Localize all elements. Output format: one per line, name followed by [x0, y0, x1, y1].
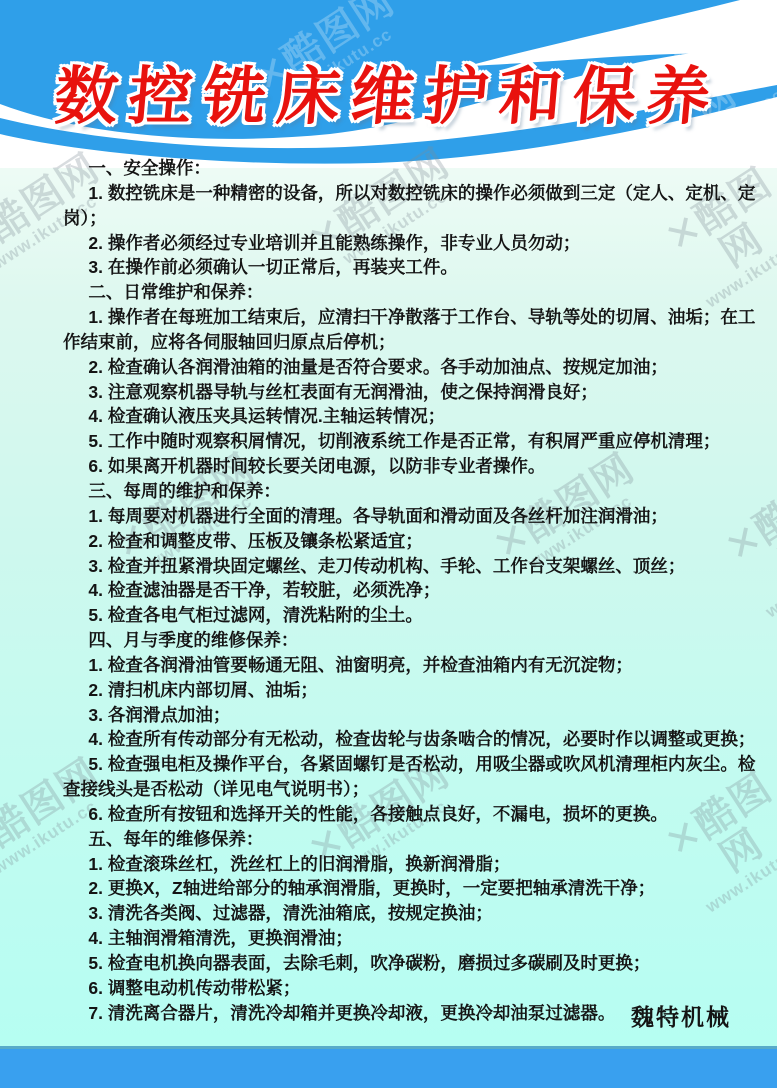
section-5-item-3: 3. 清洗各类阀、过滤器，清洗油箱底，按规定换油；	[63, 901, 757, 926]
section-1-item-1: 1. 数控铣床是一种精密的设备，所以对数控铣床的操作必须做到三定（定人、定机、定…	[63, 181, 757, 231]
section-3-item-4: 4. 检查滤油器是否干净，若较脏，必须洗净；	[63, 578, 757, 603]
section-1-heading: 一、安全操作：	[63, 156, 757, 181]
section-2-heading: 二、日常维护和保养：	[63, 280, 757, 305]
section-2-item-2: 2. 检查确认各润滑油箱的油量是否符合要求。各手动加油点、按规定加油；	[63, 355, 757, 380]
section-3-item-5: 5. 检查各电气柜过滤网，清洗粘附的尘土。	[63, 603, 757, 628]
section-4-item-6: 6. 检查所有按钮和选择开关的性能，各接触点良好，不漏电，损坏的更换。	[63, 802, 757, 827]
maintenance-poster: ✕酷图网 www.ikutu.cc ✕酷图网 www.ikutu.cc ✕酷图网…	[0, 0, 777, 1088]
watermark-url: www.ikutu.cc	[763, 541, 777, 621]
section-2-item-1: 1. 操作者在每班加工结束后，应清扫干净散落于工作台、导轨等处的切屑、油垢；在工…	[63, 305, 757, 355]
section-2-item-5: 5. 工作中随时观察积屑情况，切削液系统工作是否正常，有积屑严重应停机清理；	[63, 429, 757, 454]
bottom-bar	[0, 1046, 777, 1088]
section-3-item-3: 3. 检查并扭紧滑块固定螺丝、走刀传动机构、手轮、工作台支架螺丝、顶丝；	[63, 554, 757, 579]
section-4-item-1: 1. 检查各润滑油管要畅通无阻、油窗明亮，并检查油箱内有无沉淀物；	[63, 653, 757, 678]
section-4-heading: 四、月与季度的维修保养：	[63, 628, 757, 653]
section-4-item-4: 4. 检查所有传动部分有无松动，检查齿轮与齿条啮合的情况，必要时作以调整或更换；	[63, 727, 757, 752]
section-3-item-1: 1. 每周要对机器进行全面的清理。各导轨面和滑动面及各丝杆加注润滑油；	[63, 504, 757, 529]
section-5-item-2: 2. 更换X，Z轴进给部分的轴承润滑脂，更换时，一定要把轴承清洗干净；	[63, 876, 757, 901]
section-5-heading: 五、每年的维修保养：	[63, 827, 757, 852]
section-5-item-5: 5. 检查电机换向器表面，去除毛刺，吹净碳粉，磨损过多碳刷及时更换；	[63, 951, 757, 976]
section-5-item-4: 4. 主轴润滑箱清洗，更换润滑油；	[63, 926, 757, 951]
section-1-item-3: 3. 在操作前必须确认一切正常后，再装夹工件。	[63, 255, 757, 280]
section-4-item-2: 2. 清扫机床内部切屑、油垢；	[63, 678, 757, 703]
section-5-item-6: 6. 调整电动机传动带松紧；	[63, 976, 757, 1001]
section-3-heading: 三、每周的维护和保养：	[63, 479, 757, 504]
section-4-item-5: 5. 检查强电柜及操作平台，各紧固螺钉是否松动，用吸尘器或吹风机清理柜内灰尘。检…	[63, 752, 757, 802]
section-3-item-2: 2. 检查和调整皮带、压板及镶条松紧适宜；	[63, 529, 757, 554]
section-4-item-3: 3. 各润滑点加油；	[63, 703, 757, 728]
section-2-item-6: 6. 如果离开机器时间较长要关闭电源，以防非专业者操作。	[63, 454, 757, 479]
section-2-item-3: 3. 注意观察机器导轨与丝杠表面有无润滑油，使之保持润滑良好；	[63, 380, 757, 405]
section-1-item-2: 2. 操作者必须经过专业培训并且能熟练操作，非专业人员勿动；	[63, 231, 757, 256]
poster-title: 数控铣床维护和保养	[0, 46, 777, 137]
company-signature: 魏特机械	[631, 999, 731, 1032]
maintenance-text: 一、安全操作： 1. 数控铣床是一种精密的设备，所以对数控铣床的操作必须做到三定…	[63, 156, 757, 1026]
section-5-item-1: 1. 检查滚珠丝杠，洗丝杠上的旧润滑脂，换新润滑脂；	[63, 852, 757, 877]
section-2-item-4: 4. 检查确认液压夹具运转情况.主轴运转情况；	[63, 404, 757, 429]
